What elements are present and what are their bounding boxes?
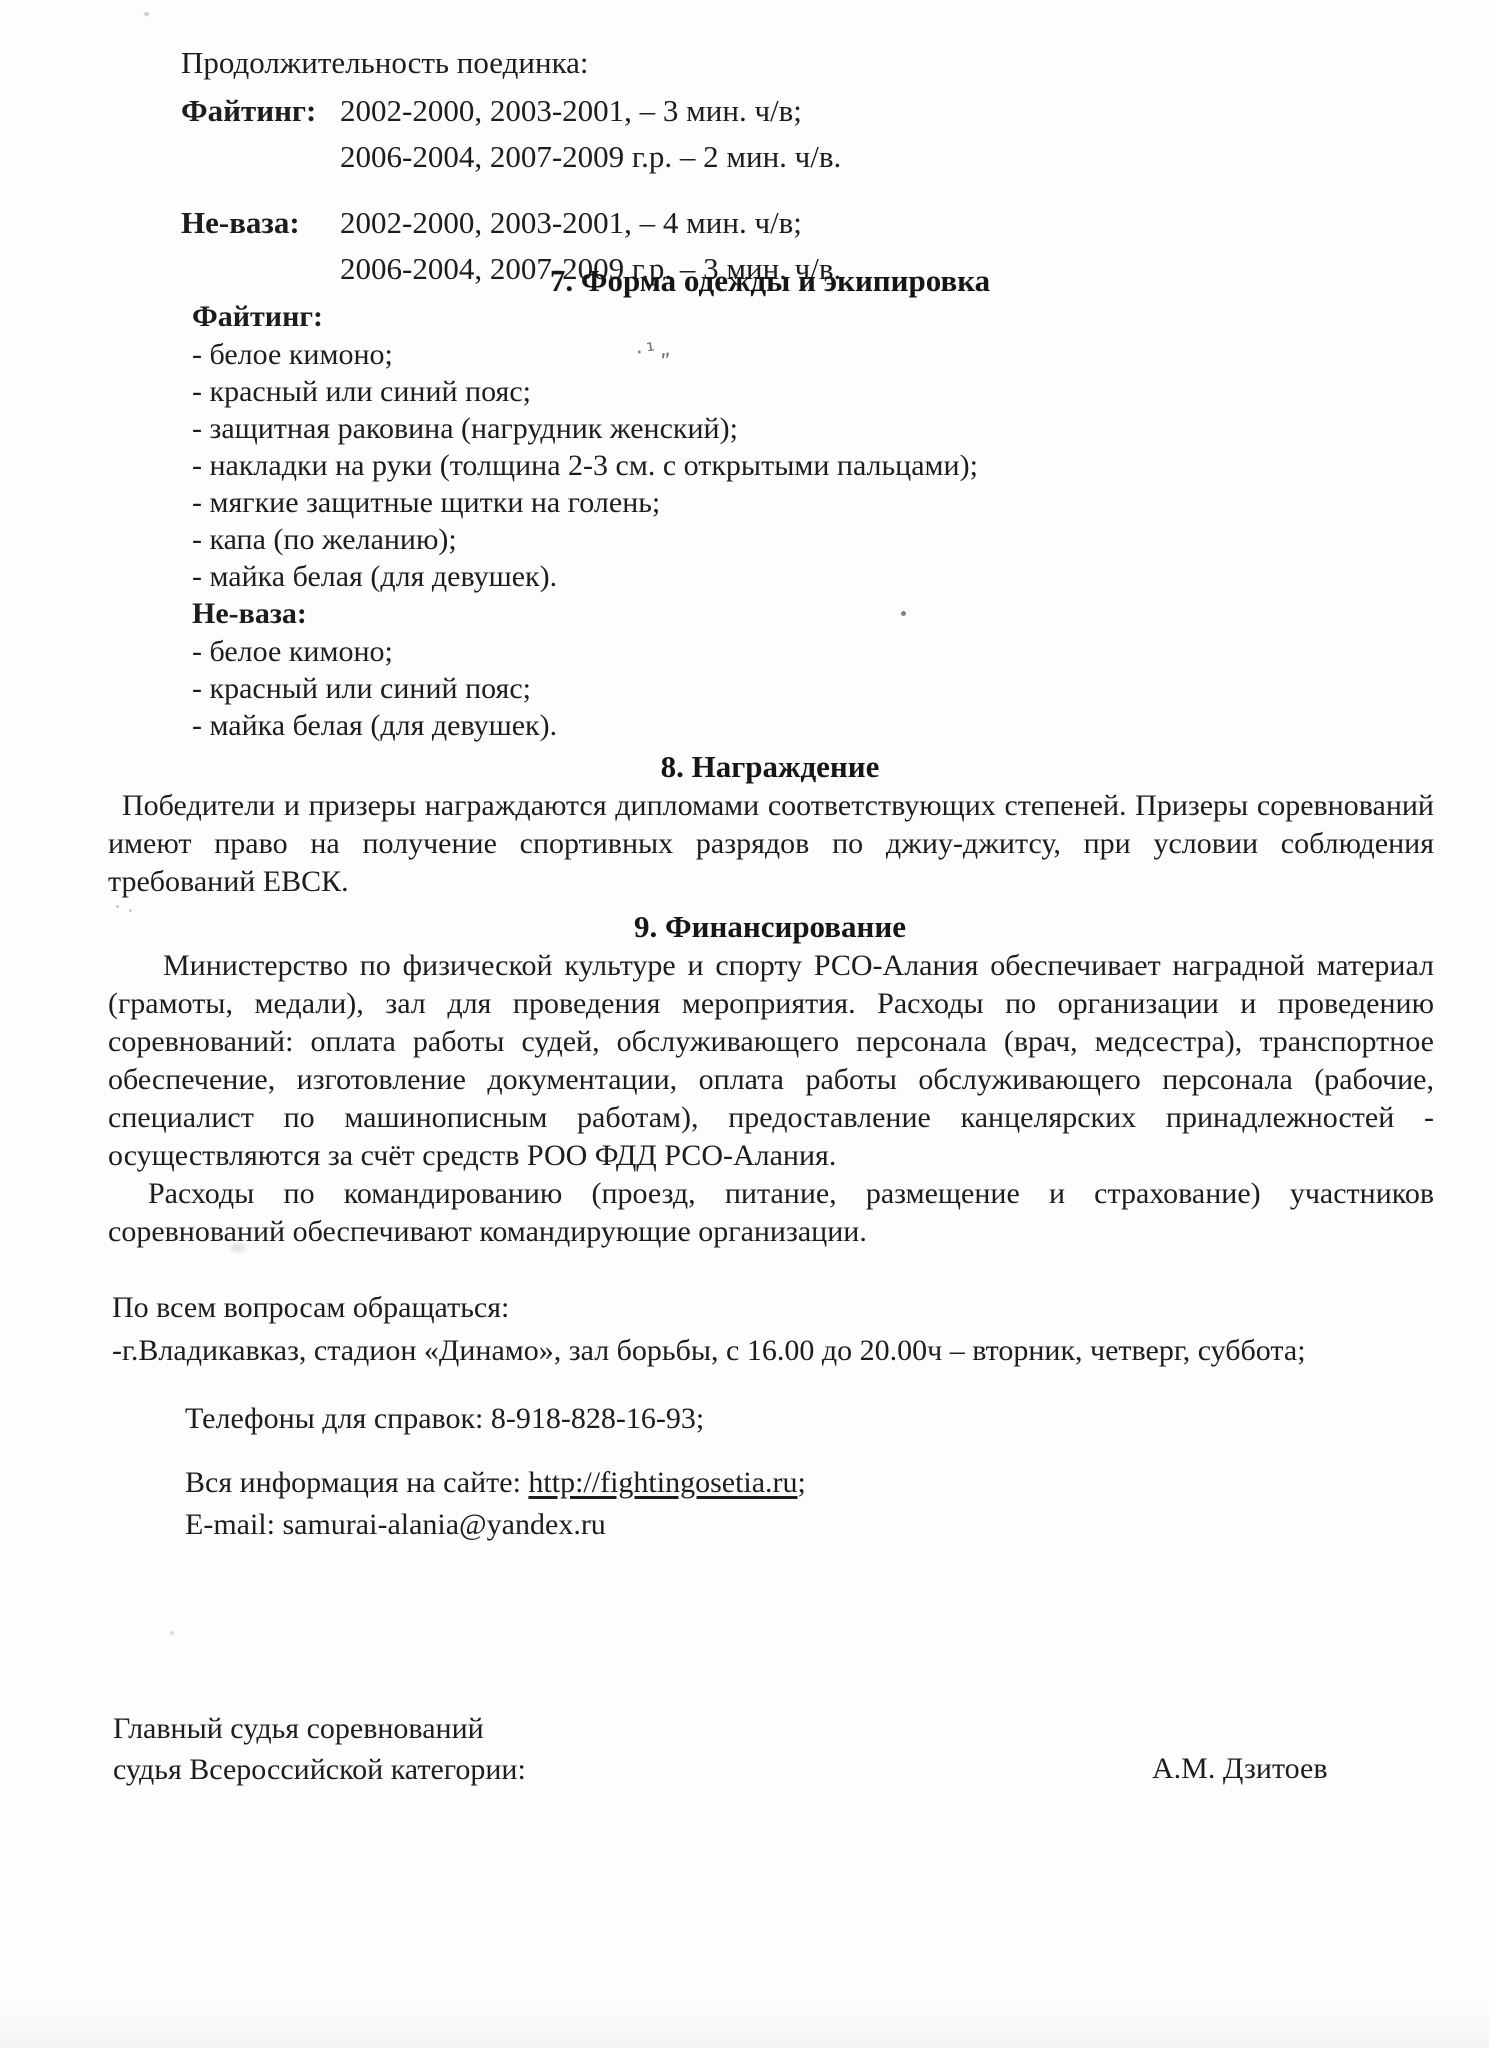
signature-title-line: судья Всероссийской категории: bbox=[113, 1749, 526, 1790]
scan-artifact bbox=[144, 12, 149, 16]
equipment-group-label: Файтинг: bbox=[192, 298, 978, 336]
contacts-block: По всем вопросам обращаться: -г.Владикав… bbox=[112, 1286, 1306, 1372]
equipment-group-newaza: Не-ваза: - белое кимоно; - красный или с… bbox=[192, 595, 978, 744]
bout-duration-title: Продолжительность поединка: bbox=[181, 40, 841, 86]
duration-row-fighting: Файтинг: 2002-2000, 2003-2001, – 3 мин. … bbox=[181, 88, 841, 180]
email-label: E-mail: bbox=[185, 1508, 282, 1541]
list-item: - майка белая (для девушек). bbox=[192, 558, 978, 595]
list-item: - красный или синий пояс; bbox=[192, 670, 978, 707]
website-url: http://fightingosetia.ru bbox=[528, 1466, 797, 1499]
scan-artifact bbox=[170, 1631, 174, 1635]
email-line: E-mail: samurai-alania@yandex.ru bbox=[185, 1506, 606, 1544]
financing-paragraph-2: Расходы по командированию (проезд, питан… bbox=[108, 1175, 1434, 1251]
equipment-block: Файтинг: - белое кимоно; - красный или с… bbox=[192, 298, 978, 744]
phones-label: Телефоны для справок: bbox=[185, 1402, 491, 1435]
duration-values-fighting: 2002-2000, 2003-2001, – 3 мин. ч/в; 2006… bbox=[340, 88, 841, 180]
list-item: - красный или синий пояс; bbox=[192, 373, 978, 410]
contacts-address: -г.Владикавказ, стадион «Динамо», зал бо… bbox=[112, 1329, 1306, 1372]
equipment-group-fighting: Файтинг: - белое кимоно; - красный или с… bbox=[192, 298, 978, 595]
signature-name: А.М. Дзитоев bbox=[1152, 1748, 1328, 1789]
financing-paragraph-1: Министерство по физической культуре и сп… bbox=[108, 947, 1434, 1175]
email-address: samurai-alania@yandex.ru bbox=[282, 1508, 605, 1541]
duration-value-line: 2002-2000, 2003-2001, – 3 мин. ч/в; bbox=[340, 88, 841, 134]
financing-paragraphs: Министерство по физической культуре и сп… bbox=[108, 947, 1434, 1251]
section-7-heading: 7. Форма одежды и экипировка bbox=[105, 262, 1435, 300]
phones-line: Телефоны для справок: 8-918-828-16-93; bbox=[185, 1400, 704, 1438]
duration-label-fighting: Файтинг: bbox=[181, 88, 340, 180]
list-item: - белое кимоно; bbox=[192, 633, 978, 670]
list-item: - мягкие защитные щитки на голень; bbox=[192, 484, 978, 521]
scanned-document-page: Продолжительность поединка: Файтинг: 200… bbox=[0, 0, 1489, 2048]
list-item: - защитная раковина (нагрудник женский); bbox=[192, 410, 978, 447]
contacts-intro: По всем вопросам обращаться: bbox=[112, 1286, 1306, 1329]
list-item: - капа (по желанию); bbox=[192, 521, 978, 558]
website-label: Вся информация на сайте: bbox=[185, 1466, 528, 1499]
website-url-suffix: ; bbox=[798, 1466, 806, 1499]
signature-title-line: Главный судья соревнований bbox=[113, 1708, 526, 1749]
section-8-heading: 8. Награждение bbox=[105, 748, 1435, 786]
list-item: - майка белая (для девушек). bbox=[192, 707, 978, 744]
duration-value-line: 2002-2000, 2003-2001, – 4 мин. ч/в; bbox=[340, 200, 841, 246]
phone-number: 8-918-828-16-93; bbox=[491, 1402, 704, 1435]
equipment-group-label: Не-ваза: bbox=[192, 595, 978, 633]
list-item: - белое кимоно; bbox=[192, 336, 978, 373]
website-line: Вся информация на сайте: http://fighting… bbox=[185, 1464, 806, 1502]
duration-value-line: 2006-2004, 2007-2009 г.р. – 2 мин. ч/в. bbox=[340, 134, 841, 180]
signature-titles: Главный судья соревнований судья Всеросс… bbox=[113, 1708, 526, 1790]
bout-duration-block: Продолжительность поединка: Файтинг: 200… bbox=[181, 40, 841, 292]
section-9-heading: 9. Финансирование bbox=[105, 908, 1435, 946]
awards-paragraph: Победители и призеры награждаются диплом… bbox=[108, 787, 1434, 901]
list-item: - накладки на руки (толщина 2-3 см. с от… bbox=[192, 447, 978, 484]
